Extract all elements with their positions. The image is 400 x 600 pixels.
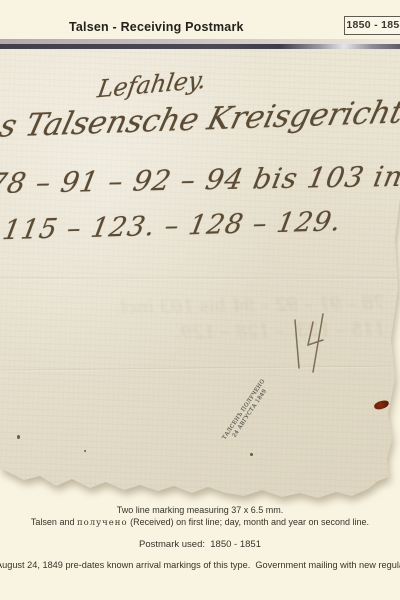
pencil-number-14 [280,300,340,390]
ink-speck [17,435,20,439]
exhibit-page: Talsen - Receiving Postmark 1850 - 1858 … [0,0,400,600]
paper-crease [0,365,400,372]
paper-crease [0,277,400,280]
ink-speck [250,453,253,456]
caption-footnote: This August 24, 1849 pre-dates known arr… [0,560,400,570]
handwriting-line-2: ks Talsensche Kreisgerichts [0,94,400,146]
handwriting-line-3: 78 – 91 – 92 – 94 bis 103 incl. [0,159,400,200]
caption-postmark-used: Postmark used: 1850 - 1851 [0,539,400,550]
ink-speck [84,450,86,452]
cyrillic-word: получено [77,518,128,528]
letter-paper: 78 – 91 – 92 – 94 bis 103 incl. 115 – 12… [0,49,400,505]
handwriting-line-4: 115 – 123. – 128 – 129. [0,206,344,246]
caption-marking-description: Talsen and получено (Received) on first … [0,517,400,528]
caption-marking-size: Two line marking measuring 37 x 6.5 mm. [0,505,400,515]
wax-spot [373,400,389,411]
receiving-postmark-stamp: ТАЛСЕНЪ ПОЛУЧЕНО 24 АВГУСТА 1849 [218,373,276,450]
postmark-line-2: 24 АВГУСТА 1849 [224,377,276,450]
handwriting-line-1: Lefahley. [95,66,208,104]
postmark-line-1: ТАЛСЕНЪ ПОЛУЧЕНО [218,373,270,446]
